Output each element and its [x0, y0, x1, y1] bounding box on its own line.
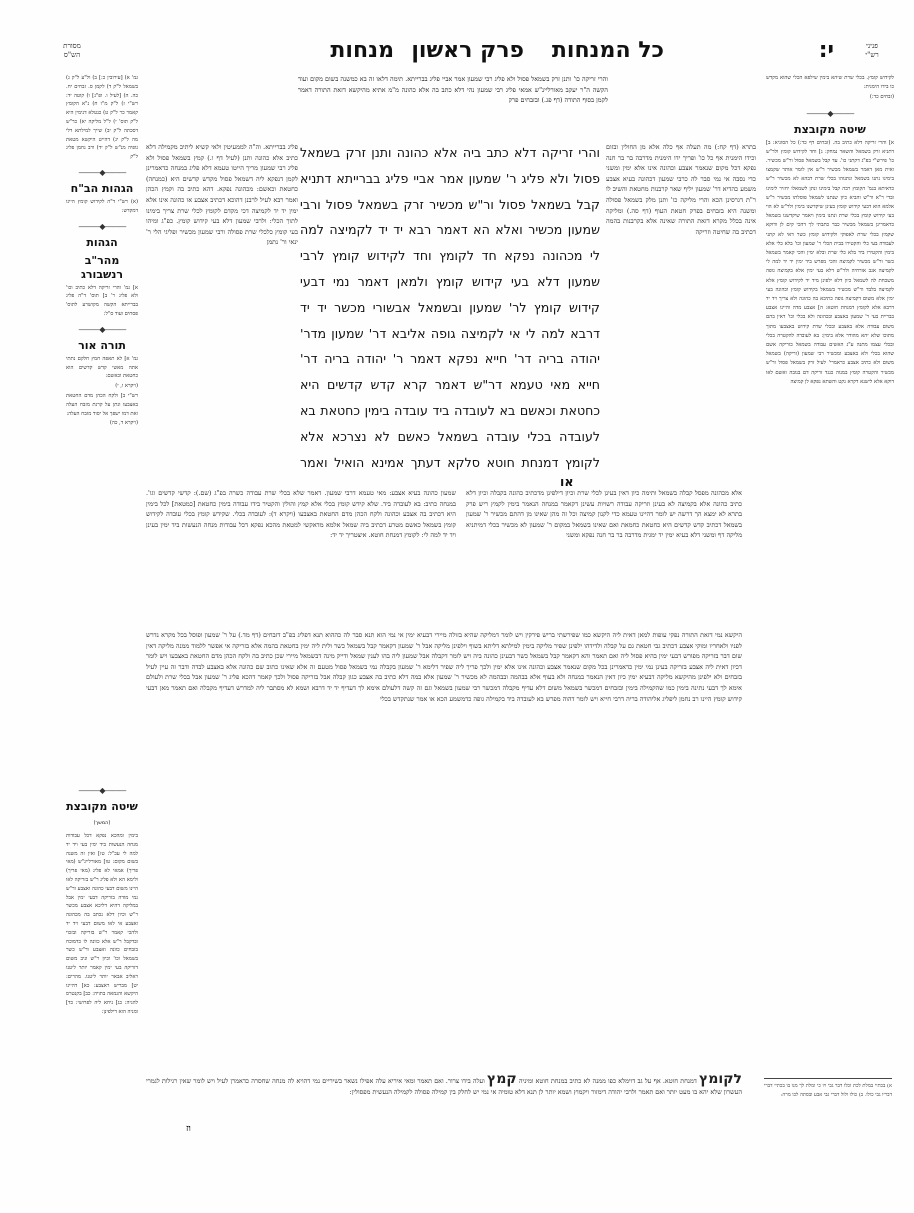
- shita-mekubetzet-text: א] והרי זריקה דלא כתיב בה. (זבחים דף כד:…: [766, 139, 894, 387]
- perek-number: פרק ראשון: [411, 38, 524, 63]
- ornament-divider: [766, 109, 894, 119]
- rashi-label: רש"י: [852, 51, 892, 60]
- tractate-title: מנחות: [330, 38, 394, 63]
- page-header: פניני רש"י י: כל המנחות פרק ראשון מנחות …: [0, 38, 914, 68]
- pninei-rashi-ref: (זבחים כד:): [766, 93, 894, 102]
- haghot-bach-title: הגהות הב"ח: [66, 182, 138, 196]
- tosafot-end-line1: דמנחת חוטא. אף על גב דוימלא כפו ממנה לא …: [519, 1077, 697, 1085]
- tosafot-wide-block: היקשא נמי דזאת התורה נפקי עופות למאן דאי…: [146, 630, 742, 1070]
- right-margin-column: לקידוש קומץ. בכלי שרת שיהא בימין שילפא ה…: [766, 74, 894, 1074]
- footnote-divider: [764, 1078, 892, 1079]
- header-left-label: מסורת הש"ס: [52, 42, 92, 60]
- tosafot-column-lower: אלא מכהונה מפסל קבלה בשמאל ותימה כיון דא…: [466, 488, 742, 628]
- shita-low-text: בימין ומהכא נפקא דכל עבודות מנחה הנעשות …: [66, 832, 138, 1017]
- shita-mekubetzet-continued: שיטה מקובצת (המשך) בימין ומהכא נפקא דכל …: [66, 780, 138, 1200]
- torah-or-verse-2: רש"י ב] ולקח הכהן מדם החטאת באצבעו ונתן …: [66, 392, 138, 418]
- page-number: וז: [186, 1123, 191, 1134]
- rashi-lower-text: שמעון כהונה בעיא אצבע: מאי טעמא דרבי שמע…: [146, 488, 456, 541]
- header-right-label: פניני רש"י: [852, 42, 892, 60]
- tosafot-wide-end: לקומץ דמנחת חוטא. אף על גב דוימלא כפו ממ…: [146, 1074, 742, 1124]
- pninei-rashi-text: לקידוש קומץ. בכלי שרת שיהא בימין שילפא ה…: [766, 74, 894, 92]
- footnote: א) בכתיי במלת לכת וכלו דבר גבי ויו כי ומ…: [764, 1082, 892, 1099]
- torah-or-ref-2: (ויקרא ד, כה): [66, 419, 138, 428]
- perek-title: כל המנחות: [552, 38, 664, 63]
- tosafot-lower-text: אלא מכהונה מפסל קבלה בשמאל ותימה כיון דא…: [466, 488, 742, 541]
- daf-number: י:: [819, 38, 834, 63]
- torah-or-ref-1: (ויקרא ו, י): [66, 382, 138, 391]
- gemara-text: והרי זריקה דלא כתב ביה אלא כהונה ותנן זר…: [300, 145, 600, 470]
- rashi-column-lower: שמעון כהונה בעיא אצבע: מאי טעמא דרבי שמע…: [146, 488, 456, 628]
- hashas-label: הש"ס: [52, 51, 92, 60]
- ornament-divider: [66, 786, 138, 796]
- dibbur-hamatchil-kamatz: קמץ: [487, 1074, 517, 1087]
- torah-or-title: תורה אור: [66, 339, 138, 353]
- tosafot-opening: והרי זריקה כו' ותנן זרק בשמאל פסול ולא פ…: [298, 74, 608, 142]
- haghot-maharab-title: הגהות: [66, 236, 138, 250]
- haghot-bach-text: (א) רש"י ד"ה לקידוש קומץ היינו דמקדש:: [66, 198, 138, 216]
- rashi-column: פליג בברייתא. וה"ה לממעיטין ולאי קשיא לי…: [146, 142, 298, 482]
- rashi-text: פליג בברייתא. וה"ה לממעיטין ולאי קשיא לי…: [146, 142, 298, 248]
- mesoret-label: מסורת: [52, 42, 92, 51]
- tosafot-column: בתרא (דף קח:) מה תעלה אף כלה אלא מן החול…: [606, 142, 756, 482]
- shita-low-subtitle: (המשך): [94, 820, 111, 826]
- pninei-label: פניני: [852, 42, 892, 51]
- ornament-divider: [66, 325, 138, 335]
- gemara-text-block: והרי זריקה דלא כתב ביה אלא כהונה ותנן זר…: [300, 140, 600, 470]
- ornament-divider: [66, 168, 138, 178]
- tosafot-wide-text: היקשא נמי דזאת התורה נפקי עופות למאן דאי…: [146, 630, 742, 704]
- tosafot-opening-text: והרי זריקה כו' ותנן זרק בשמאל פסול ולא פ…: [298, 74, 608, 106]
- shita-mekubetzet-title: שיטה מקובצת: [766, 123, 894, 137]
- tosafot-text: בתרא (דף קח:) מה תעלה אף כלה אלא מן החול…: [606, 142, 756, 237]
- mesoret-text: גמ' א) [עירובין כ:] ב) ול"ע ל"ק ג) בשמאל…: [66, 74, 138, 162]
- haghot-maharab-text: א] גמ' והרי זריקה דלא כתיב וכו' ולא פליג…: [66, 284, 138, 319]
- gemara-continuation: או: [560, 474, 574, 489]
- haghot-maharab-subtitle: מהר"ב רנשבורג: [66, 254, 138, 282]
- dibbur-hamatchil-lekometz: לקומץ: [699, 1074, 742, 1087]
- shita-low-title: שיטה מקובצת: [66, 800, 138, 813]
- ornament-divider: [66, 222, 138, 232]
- torah-or-verse-1: גמ' א] לא תאפה חמץ חלקם נתתי אתה מאשי קד…: [66, 355, 138, 381]
